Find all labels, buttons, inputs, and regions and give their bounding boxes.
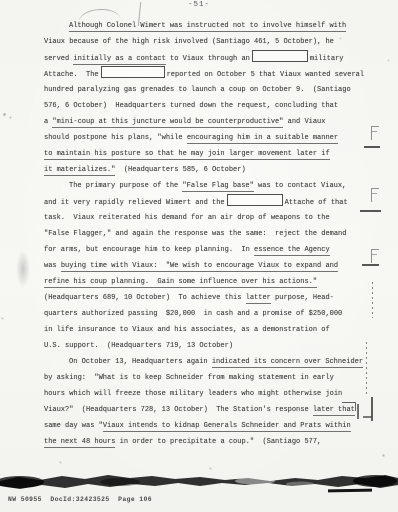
text-line: On October 13, Headquarters again indica… bbox=[44, 354, 366, 370]
text-line: it materializes." (Headquarters 585, 6 O… bbox=[44, 162, 366, 178]
margin-dash-mark bbox=[362, 264, 379, 266]
margin-dotted-line bbox=[366, 342, 367, 394]
text-line: quarters authorized passing $20,000 in c… bbox=[44, 306, 366, 322]
text-line: and it very rapidly relieved Wimert and … bbox=[44, 194, 366, 210]
text-segment: was bbox=[44, 262, 61, 270]
text-line: same day was "Viaux intends to kidnap Ge… bbox=[44, 418, 366, 434]
text-line: was buying time with Viaux: "We wish to … bbox=[44, 258, 366, 274]
text-segment: U.S. support. (Headquarters 719, 13 Octo… bbox=[44, 342, 233, 350]
text-segment: (Headquarters 585, 6 October) bbox=[115, 166, 245, 174]
margin-dash-mark bbox=[364, 146, 380, 148]
text-segment: Attache of that bbox=[285, 199, 348, 207]
margin-dash-mark bbox=[360, 210, 381, 212]
text-segment: to maintain his posture so that he may j… bbox=[44, 150, 330, 160]
text-line: by asking: "What is to keep Schneider fr… bbox=[44, 370, 366, 386]
text-segment: Viaux because of the high risk involved … bbox=[44, 38, 334, 46]
text-line: to maintain his posture so that he may j… bbox=[44, 146, 366, 162]
text-line: the next 48 hours in order to precipitat… bbox=[44, 434, 366, 450]
text-line: "False Flagger," and again the response … bbox=[44, 226, 366, 242]
text-segment: latter bbox=[246, 294, 271, 304]
redaction-box bbox=[101, 66, 165, 78]
text-segment: military bbox=[310, 55, 344, 63]
text-segment: in life insurance to Viaux and his assoc… bbox=[44, 326, 330, 334]
text-segment: Viaux intends to kidnap Generals Schneid… bbox=[103, 422, 351, 432]
text-line: in life insurance to Viaux and his assoc… bbox=[44, 322, 366, 338]
scan-noise-specks bbox=[0, 0, 1, 1]
text-line: a "mini-coup at this juncture would be c… bbox=[44, 114, 366, 130]
text-segment: "False Flag base" bbox=[182, 182, 253, 192]
margin-bracket-mark bbox=[363, 416, 372, 418]
text-segment: "mini-coup at this juncture would be cou… bbox=[52, 118, 283, 128]
text-line: Attache. Thereported on October 5 that V… bbox=[44, 66, 366, 82]
redaction-box bbox=[227, 194, 283, 206]
text-segment: task. Viaux reiterated his demand for an… bbox=[44, 214, 330, 222]
text-segment: by asking: "What is to keep Schneider fr… bbox=[44, 374, 334, 382]
text-line: should postpone his plans, "while encour… bbox=[44, 130, 366, 146]
text-segment: (Headquarters 689, 10 October) To achiev… bbox=[44, 294, 246, 302]
text-segment: for arms, but encourage him to keep plan… bbox=[44, 246, 254, 254]
text-line: 576, 6 October) Headquarters turned down… bbox=[44, 98, 366, 114]
text-line: The primary purpose of the "False Flag b… bbox=[44, 178, 366, 194]
text-segment: quarters authorized passing $20,000 in c… bbox=[44, 310, 342, 318]
redaction-box bbox=[252, 50, 308, 62]
text-line: Viaux?" (Headquarters 728, 13 October) T… bbox=[44, 402, 366, 418]
text-line: task. Viaux reiterated his demand for an… bbox=[44, 210, 366, 226]
scan-smudge bbox=[16, 250, 30, 288]
text-segment: On October 13, Headquarters again bbox=[69, 358, 212, 366]
margin-pencil-mark bbox=[371, 249, 379, 263]
text-line: hours which will freeze those military l… bbox=[44, 386, 366, 402]
text-segment: indicated its concern over Schneider bbox=[212, 358, 363, 368]
text-segment: hours which will freeze those military l… bbox=[44, 390, 342, 398]
text-line: refine his coup planning. Gain some infl… bbox=[44, 274, 366, 290]
text-segment: buying time with Viaux: "We wish to enco… bbox=[61, 262, 338, 272]
margin-bracket-mark bbox=[342, 402, 356, 411]
text-segment: and it very rapidly relieved Wimert and … bbox=[44, 199, 225, 207]
text-segment: essence the Agency bbox=[254, 246, 330, 256]
text-segment: served bbox=[44, 55, 73, 63]
document-lines: Although Colonel Wimert was instructed n… bbox=[44, 18, 366, 450]
text-line: U.S. support. (Headquarters 719, 13 Octo… bbox=[44, 338, 366, 354]
margin-pencil-mark bbox=[371, 188, 379, 202]
text-line: for arms, but encourage him to keep plan… bbox=[44, 242, 366, 258]
text-line: hundred paralyzing gas grenades to launc… bbox=[44, 82, 366, 98]
scanner-smear-band bbox=[0, 472, 398, 494]
text-segment: "False Flagger," and again the response … bbox=[44, 230, 346, 238]
text-segment: should postpone his plans, "while bbox=[44, 134, 187, 142]
margin-pencil-mark bbox=[371, 126, 379, 140]
text-segment: same day was " bbox=[44, 422, 103, 430]
text-segment: The primary purpose of the bbox=[69, 182, 182, 190]
text-line: Viaux because of the high risk involved … bbox=[44, 34, 366, 50]
text-segment: purpose, Head- bbox=[271, 294, 334, 302]
archive-footer-stamp: NW 50955 DocId:32423525 Page 106 bbox=[8, 496, 152, 503]
text-segment: the next 48 hours bbox=[44, 438, 115, 448]
text-segment: it materializes." bbox=[44, 166, 115, 176]
text-segment: was to contact Viaux, bbox=[254, 182, 346, 190]
text-segment: initially as a contact bbox=[73, 55, 165, 65]
text-segment: 576, 6 October) Headquarters turned down… bbox=[44, 102, 338, 110]
text-line: served initially as a contact to Viaux t… bbox=[44, 50, 366, 66]
margin-bracket-mark bbox=[357, 404, 359, 419]
text-segment: in order to precipitate a coup." (Santia… bbox=[115, 438, 321, 446]
text-segment: reported on October 5 that Viaux wanted … bbox=[167, 71, 364, 79]
text-segment: Viaux?" (Headquarters 728, 13 October) T… bbox=[44, 406, 313, 414]
text-segment: Although Colonel Wimert was instructed n… bbox=[69, 22, 346, 32]
page-number: -51- bbox=[0, 1, 398, 9]
text-segment: hundred paralyzing gas grenades to launc… bbox=[44, 86, 351, 94]
text-segment: encouraging him in a suitable manner bbox=[187, 134, 338, 144]
text-segment: to Viaux through an bbox=[166, 55, 250, 63]
text-segment: Attache. The bbox=[44, 71, 99, 79]
text-line: (Headquarters 689, 10 October) To achiev… bbox=[44, 290, 366, 306]
text-segment: and Viaux bbox=[283, 118, 325, 126]
text-segment: refine his coup planning. Gain some infl… bbox=[44, 278, 317, 288]
margin-dotted-line bbox=[372, 282, 373, 318]
